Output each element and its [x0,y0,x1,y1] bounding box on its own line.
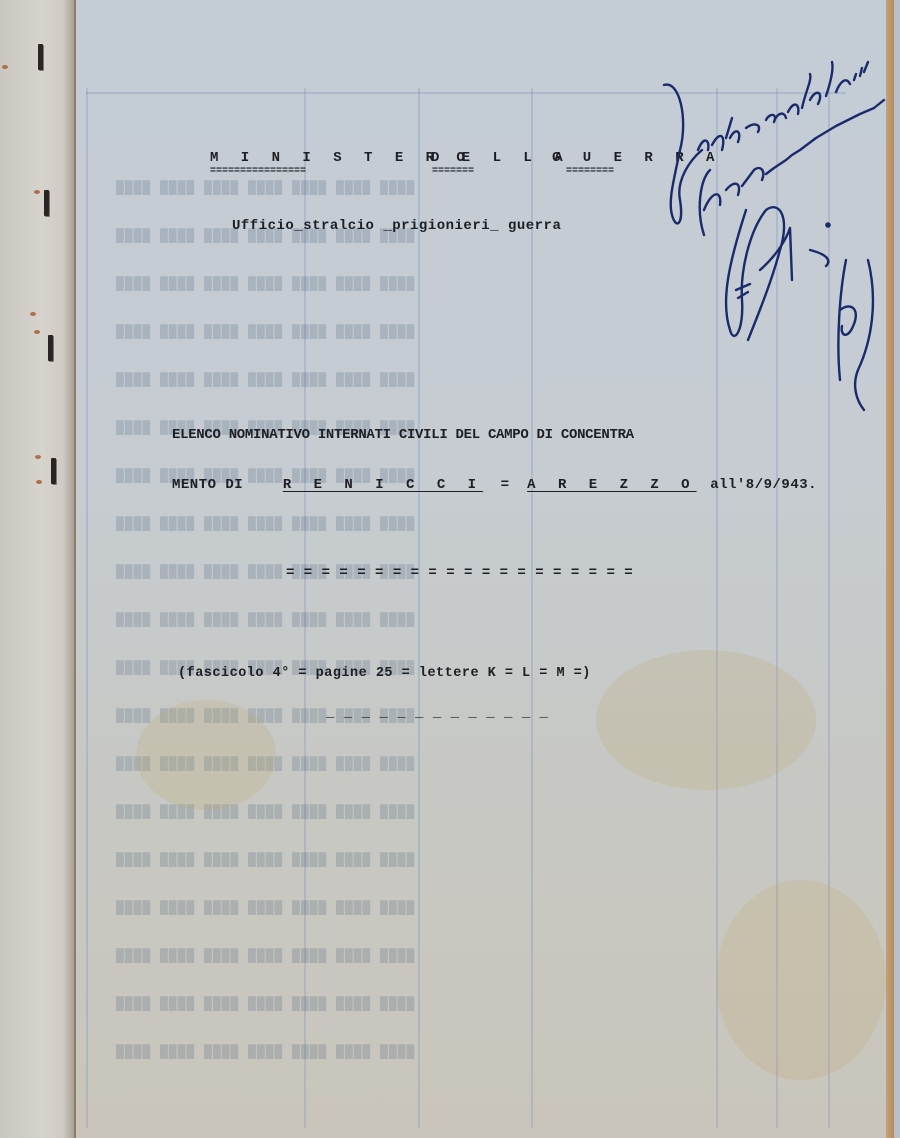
fascicle-line: (fascicolo 4° = pagine 25 = lettere K = … [178,666,591,681]
city-name: A R E Z Z O [527,477,696,493]
staple-icon [51,458,56,484]
place-name: R E N I C C I [283,477,483,493]
ministry-word-2: D E L L A [431,150,570,166]
handwritten-signatures [650,40,900,420]
ministry-underline-2: ======= [432,166,474,177]
staple-icon [38,44,43,70]
staple-icon [44,190,49,216]
signature-stroke [664,85,702,224]
list-date: all'8/9/943. [710,477,817,493]
staple-icon [48,335,53,361]
binding-strip [0,0,76,1138]
rust-spot [34,330,40,334]
rust-spot [2,65,8,69]
rust-spot [30,312,36,316]
rust-spot [34,190,40,194]
title-line-2: MENTO DI R E N I C C I = A R E Z Z O all… [172,475,817,493]
title-prefix: MENTO DI [172,477,243,493]
title-line-1: ELENCO NOMINATIVO INTERNATI CIVILI DEL C… [172,427,634,443]
rust-spot [35,455,41,459]
place-separator: = [501,477,510,493]
office-line: Ufficio_stralcio _prigionieri_ guerra [232,218,561,234]
closing-rule: _ _ _ _ _ _ _ _ _ _ _ _ _ [326,705,549,721]
rust-spot [36,480,42,484]
ministry-underline-1: ================ [210,166,306,177]
ministry-underline-3: ======== [566,166,614,177]
divider-rule: = = = = = = = = = = = = = = = = = = = = [286,565,633,581]
